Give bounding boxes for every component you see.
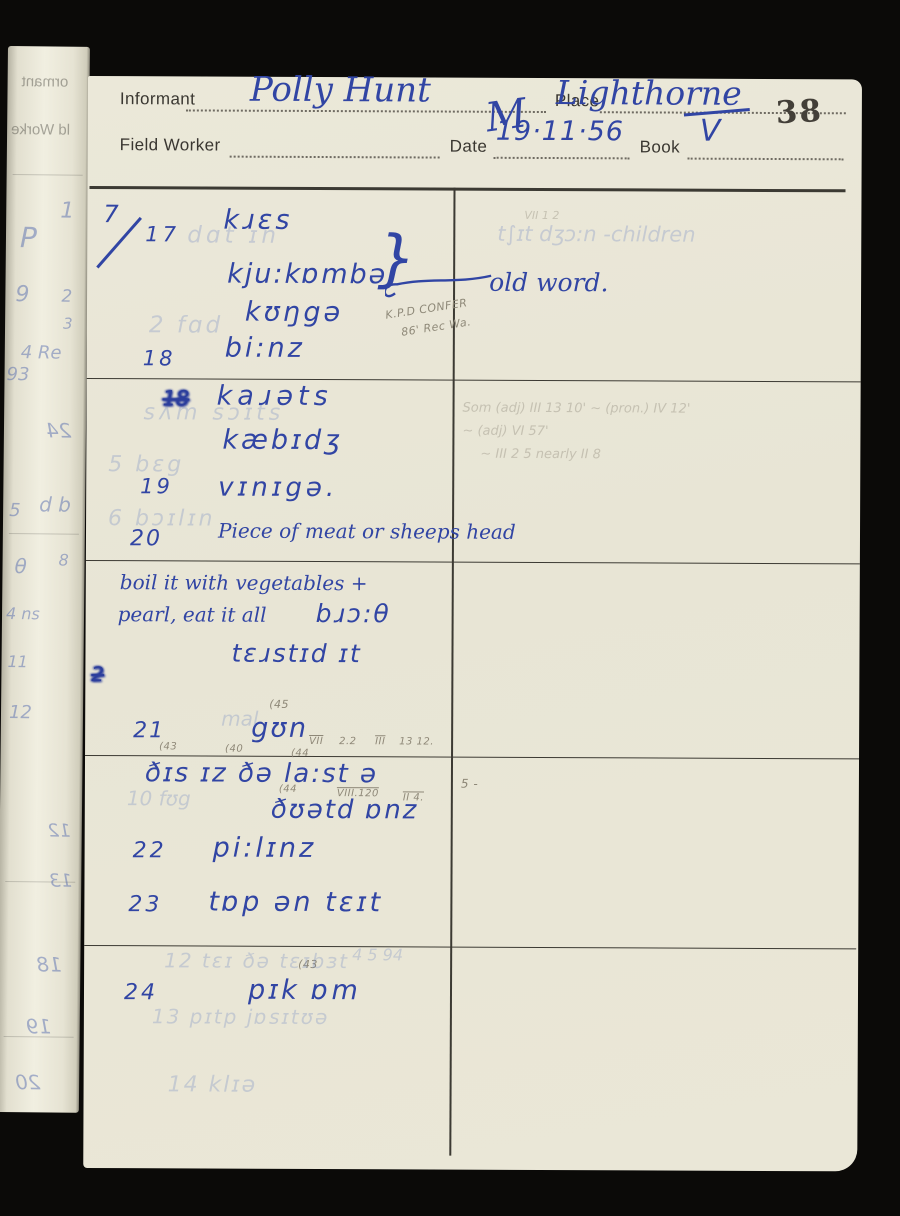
phonetic-phrase: ðʊətd ɒnz [271, 797, 419, 824]
english-note-handwriting: boil it with vegetables + [120, 572, 368, 593]
table-row-rule [86, 560, 860, 565]
margin-fragment: 93 [6, 366, 29, 384]
margin-fragment: 18 [36, 954, 62, 974]
margin-fragment: 9 [15, 284, 29, 306]
phonetic-phrase: ðɪs ɪz ðə la:st ə [145, 760, 378, 787]
ghost-text: 14 klɪə [168, 1074, 258, 1096]
phonetic-word: kʊŋgə [245, 299, 343, 326]
scanned-notebook-page: ormant ld Worke 1 P 9 2 3 4 Re 93 24 d b… [0, 0, 900, 1216]
margin-fragment: 8 [59, 553, 69, 569]
entry-number: 17 [145, 224, 180, 245]
phonetic-word: tɛɹstɪd ɪt [231, 641, 361, 667]
scribbled-out-number: 2 [91, 664, 104, 684]
margin-fragment: 11 [7, 654, 28, 670]
phonetic-word: kæbɪdʒ [222, 427, 343, 455]
pencil-superscript: (43 [159, 742, 177, 752]
pencil-annotation: 86' Rec Wa. [400, 316, 471, 338]
phonetic-word: pi:lɪnz [213, 835, 317, 862]
ghost-text: 5 bɛg [108, 454, 184, 476]
page-number-stamp: 38 [775, 96, 824, 129]
pencil-superscript: (44 [291, 749, 309, 759]
margin-fragment: 2 [61, 289, 72, 306]
phonetic-word: vɪnɪgə. [218, 475, 338, 502]
ghost-text: 4 5 94 [352, 947, 403, 963]
entry-number: 19 [140, 476, 173, 497]
margin-fragment: 20 [15, 1072, 41, 1092]
book-value-handwriting: V [700, 117, 721, 147]
pencil-reference: III [375, 737, 385, 747]
pencil-reference: VII [309, 737, 323, 747]
phonetic-word: bi:nz [225, 335, 305, 362]
date-label: Date [450, 138, 488, 155]
margin-fragment: 19 [26, 1016, 52, 1036]
pencil-superscript: (44 [279, 785, 297, 795]
ghost-pencil-text: ~ (adj) VI 57' [462, 425, 548, 438]
ghost-text: 13 pɪtp jɒsɪtʊə [152, 1006, 330, 1027]
pencil-superscript: (45 [269, 699, 289, 710]
margin-fragment: θ [14, 556, 26, 576]
pencil-annotation: 5 - [461, 778, 478, 790]
margin-fragment: 4 ns [6, 606, 40, 622]
margin-note-handwriting: old word. [489, 270, 608, 296]
pencil-reference: 2.2 [339, 737, 356, 747]
entry-number: 18 [143, 348, 176, 369]
connector-flourish [385, 267, 495, 303]
ghost-pencil-text: Som (adj) III 13 10' ~ (pron.) IV 12' [463, 402, 691, 416]
notebook-page: Informant Polly Hunt Place Lighthorne 38… [83, 76, 862, 1171]
book-label: Book [640, 138, 680, 155]
date-value-handwriting: 19·11·56 [496, 118, 624, 146]
showthrough-text: ld Worke [11, 122, 70, 138]
pencil-reference: 13 12. [399, 737, 434, 747]
entry-number: 22 [133, 840, 167, 862]
ghost-pencil-text: ~ III 2 5 nearly II 8 [480, 448, 601, 462]
phonetic-word: kju:kɒmbə [227, 261, 387, 289]
ghost-text: 10 fʊg [127, 788, 191, 808]
pencil-superscript: (40 [225, 745, 243, 755]
entry-number: 24 [124, 982, 158, 1004]
phonetic-phrase: tɒp ən tɛɪt [208, 889, 383, 917]
margin-fragment: 3 [63, 317, 73, 332]
margin-fragment: 1 [60, 201, 74, 223]
informant-label: Informant [120, 90, 195, 107]
table-top-rule [90, 186, 846, 192]
dotted-rule [688, 158, 844, 161]
ghost-text: 6 bɔɪlɪn [108, 508, 216, 530]
dotted-rule [230, 156, 440, 159]
ghost-text: mal [221, 709, 258, 729]
entry-number: 21 [133, 720, 165, 742]
margin-fragment: 12 [9, 704, 32, 722]
phonetic-word: gʊn [251, 715, 308, 742]
margin-fragment: 4 Re [21, 344, 62, 362]
table-column-divider [449, 188, 455, 1156]
ghost-text: 12 tɛɪ ðə tɛɪbɜt [164, 950, 349, 971]
ghost-text: 2 fɑd [149, 314, 223, 337]
previous-page-edge: ormant ld Worke 1 P 9 2 3 4 Re 93 24 d b… [0, 46, 90, 1113]
phonetic-phrase: pɪk ɒm [248, 977, 361, 1004]
dotted-rule [494, 157, 630, 160]
place-value-handwriting: Lighthorne [556, 76, 742, 110]
entry-number: 20 [130, 528, 162, 550]
margin-fragment: 5 [9, 502, 21, 520]
margin-fragment: P [20, 224, 37, 252]
phonetic-word: bɹɔ:θ [316, 601, 391, 626]
entry-number: 23 [128, 894, 162, 916]
margin-fragment: d b [39, 494, 71, 514]
english-note-handwriting: Piece of meat or sheeps head [218, 521, 516, 542]
informant-value-handwriting: Polly Hunt [250, 73, 431, 108]
margin-fragment: 13 [49, 872, 72, 890]
margin-fragment: 12 [48, 822, 71, 840]
field-worker-label: Field Worker [120, 136, 221, 153]
table-row-rule [87, 378, 861, 383]
showthrough-text: ormant [22, 74, 69, 89]
ghost-text: dɑt ɪn [187, 224, 280, 247]
ghost-pencil-text: VII 1 2 [524, 210, 559, 221]
ghost-text: t∫ɪt dʒɔ:n -children [497, 224, 695, 246]
crease-line [13, 174, 83, 176]
entry-group-mark: 7 [103, 202, 118, 226]
margin-fragment: 24 [46, 420, 72, 440]
crease-line [9, 533, 79, 535]
ghost-text: sʌm sɔɪts [143, 402, 284, 425]
english-note-handwriting: pearl, eat it all [118, 604, 267, 625]
